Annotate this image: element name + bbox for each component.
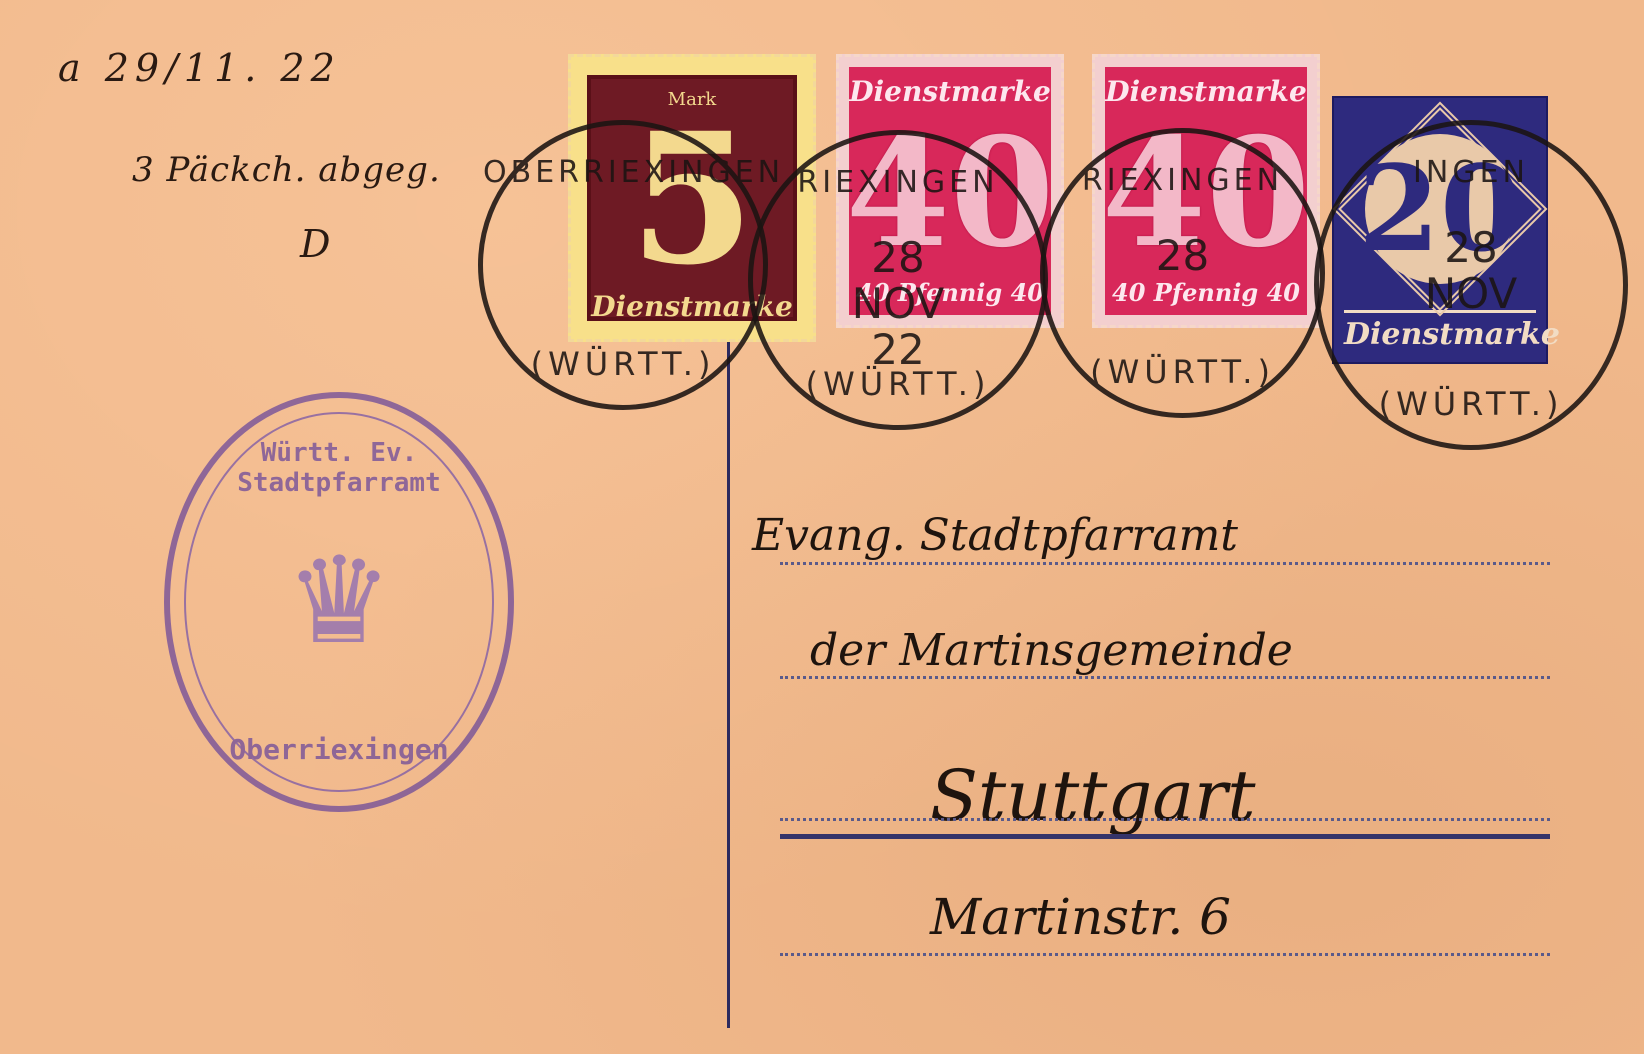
address-line-1: Evang. Stadtpfarramt [752,510,1238,561]
postmark: OBERRIEXINGEN (WÜRTT.) [478,120,768,410]
postmark-town: OBERRIEXINGEN [483,155,763,190]
postmark-town: RIEXINGEN [1045,163,1320,198]
handwritten-parcel-note: 3 Päckch. abgeg. [132,150,441,190]
handwritten-date-note: a 29/11. 22 [58,46,341,90]
address-solid-underline [780,834,1550,839]
address-city: Stuttgart [930,755,1256,837]
postmark-town: RIEXINGEN [753,165,1043,200]
stamp-label: Dienstmarke [849,75,1051,108]
postmark: RIEXINGEN 28 NOV 22 (WÜRTT.) [748,130,1048,430]
seal-bottom-text: Oberriexingen [170,733,508,766]
postmark-town: INGEN [1319,155,1623,190]
postmark-region: (WÜRTT.) [1319,385,1623,423]
parish-seal: Württ. Ev. Stadtpfarramt ♛ Oberriexingen [164,392,514,812]
address-dotted-line [780,818,1550,821]
postmark: RIEXINGEN 28 (WÜRTT.) [1040,128,1325,418]
address-street: Martinstr. 6 [930,888,1231,946]
postmark-region: (WÜRTT.) [1045,353,1320,391]
stamp-label: Dienstmarke [1105,75,1307,108]
postmark-date: 28 NOV [1319,225,1623,317]
seal-top-text: Württ. Ev. Stadtpfarramt [170,438,508,498]
handwritten-initial: D [300,222,330,266]
address-dotted-line [780,953,1550,956]
postmark: INGEN 28 NOV (WÜRTT.) [1314,120,1628,450]
crown-coat-of-arms-icon: ♛ [285,542,393,662]
postcard: a 29/11. 22 3 Päckch. abgeg. D Württ. Ev… [0,0,1644,1054]
postmark-date: 28 NOV 22 [753,235,1043,374]
postmark-date: 28 [1045,233,1320,279]
address-line-2: der Martinsgemeinde [810,625,1293,676]
address-dotted-line [780,676,1550,679]
postmark-region: (WÜRTT.) [753,365,1043,403]
address-dotted-line [780,562,1550,565]
postmark-region: (WÜRTT.) [483,345,763,383]
